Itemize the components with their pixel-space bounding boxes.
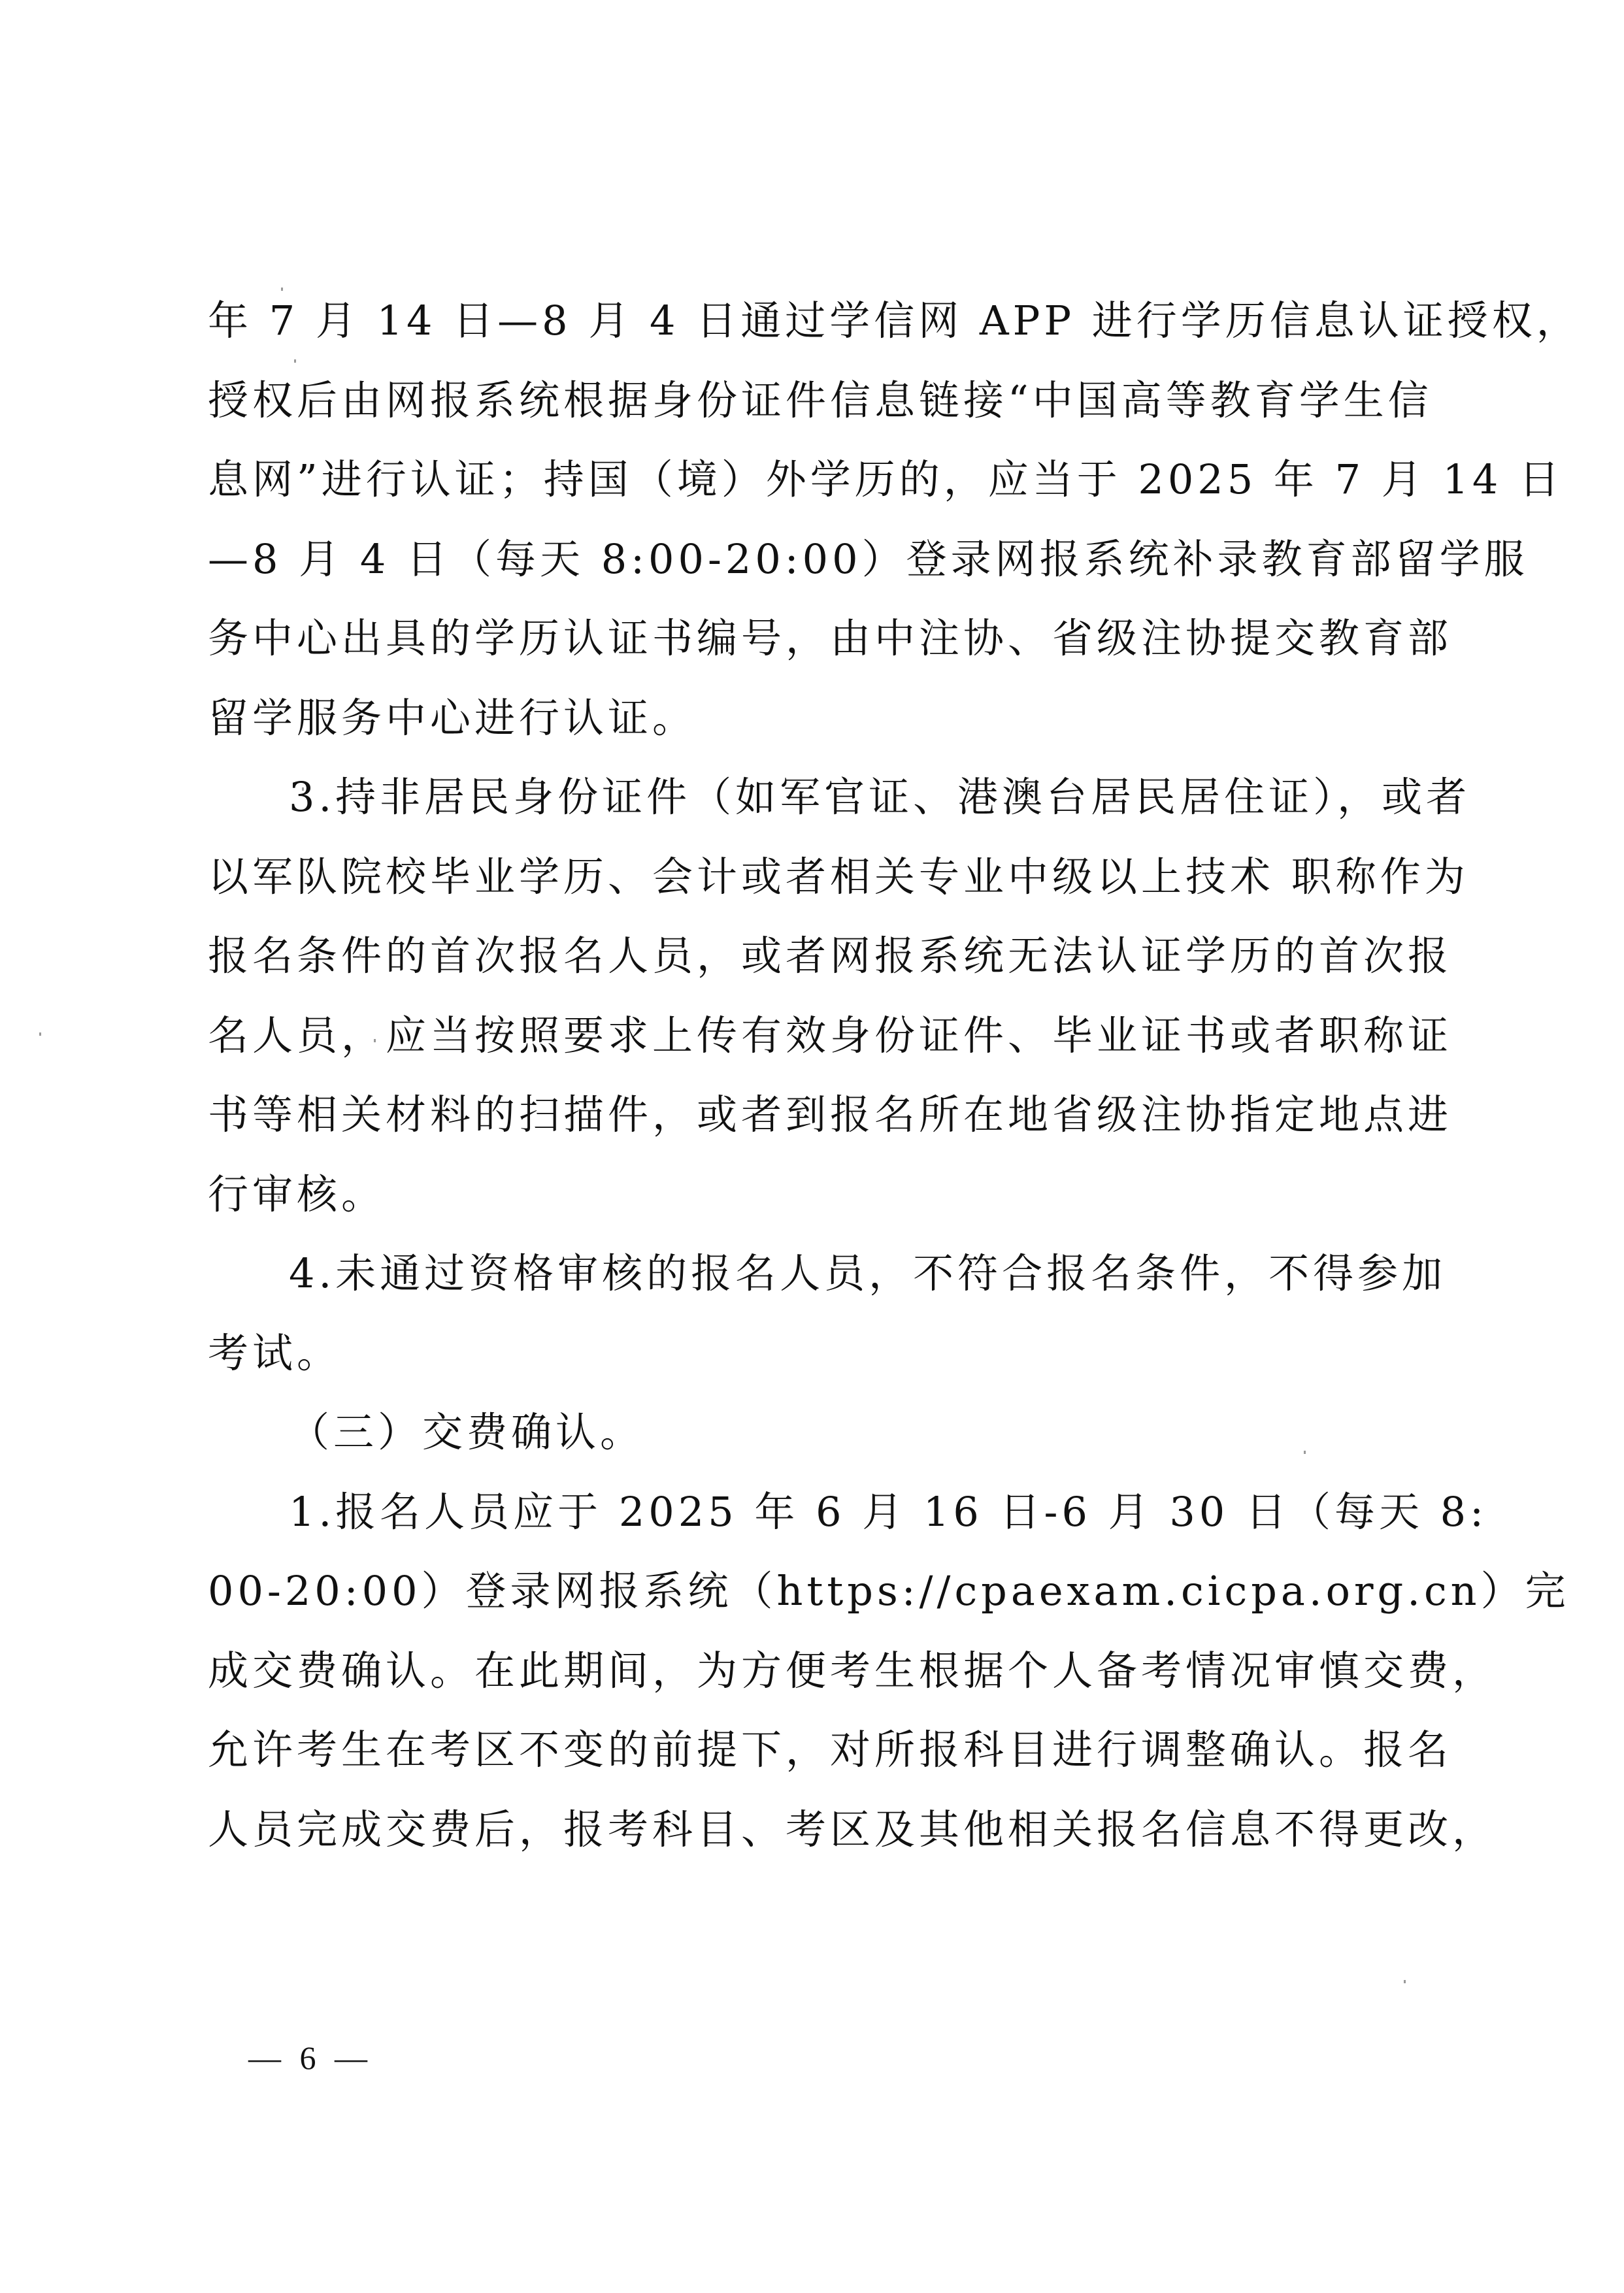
text-line: 报名条件的首次报名人员，或者网报系统无法认证学历的首次报 <box>208 916 1404 996</box>
text-line: 息网”进行认证；持国（境）外学历的，应当于 2025 年 7 月 14 日 <box>208 440 1404 520</box>
page-number: — 6 — <box>248 2039 373 2077</box>
scan-speck <box>294 359 296 363</box>
text-line: 1.报名人员应于 2025 年 6 月 16 日-6 月 30 日（每天 8: <box>208 1472 1404 1552</box>
scan-speck <box>302 787 304 791</box>
text-line: 允许考生在考区不变的前提下，对所报科目进行调整确认。报名 <box>208 1710 1404 1790</box>
document-page: 年 7 月 14 日—8 月 4 日通过学信网 APP 进行学历信息认证授权， … <box>0 0 1624 2293</box>
document-body: 年 7 月 14 日—8 月 4 日通过学信网 APP 进行学历信息认证授权， … <box>208 281 1404 1869</box>
text-line: 成交费确认。在此期间，为方便考生根据个人备考情况审慎交费， <box>208 1631 1404 1711</box>
text-line: 名人员，应当按照要求上传有效身份证件、毕业证书或者职称证 <box>208 996 1404 1076</box>
text-line: 3.持非居民身份证件（如军官证、港澳台居民居住证），或者 <box>208 757 1404 837</box>
scan-speck <box>359 954 361 957</box>
text-line: 4.未通过资格审核的报名人员，不符合报名条件，不得参加 <box>208 1234 1404 1313</box>
text-line: 00-20:00）登录网报系统（https://cpaexam.cicpa.or… <box>208 1551 1404 1631</box>
text-line: 考试。 <box>208 1313 1404 1393</box>
scan-speck <box>1404 1980 1406 1983</box>
section-heading: （三）交费确认。 <box>208 1393 1404 1472</box>
scan-speck <box>1304 1451 1306 1454</box>
text-line: 书等相关材料的扫描件，或者到报名所在地省级注协指定地点进 <box>208 1075 1404 1155</box>
text-line: 以军队院校毕业学历、会计或者相关专业中级以上技术 职称作为 <box>208 837 1404 917</box>
text-line: —8 月 4 日（每天 8:00-20:00）登录网报系统补录教育部留学服 <box>208 520 1404 599</box>
scan-speck <box>281 288 283 291</box>
scan-speck <box>39 1032 41 1036</box>
scan-speck <box>278 1196 280 1199</box>
text-line: 授权后由网报系统根据身份证件信息链接“中国高等教育学生信 <box>208 361 1404 440</box>
text-line: 年 7 月 14 日—8 月 4 日通过学信网 APP 进行学历信息认证授权， <box>208 281 1404 361</box>
text-line: 留学服务中心进行认证。 <box>208 678 1404 758</box>
text-line: 人员完成交费后，报考科目、考区及其他相关报名信息不得更改， <box>208 1790 1404 1870</box>
text-line: 行审核。 <box>208 1155 1404 1234</box>
text-line: 务中心出具的学历认证书编号，由中注协、省级注协提交教育部 <box>208 599 1404 678</box>
scan-speck <box>374 1039 376 1042</box>
